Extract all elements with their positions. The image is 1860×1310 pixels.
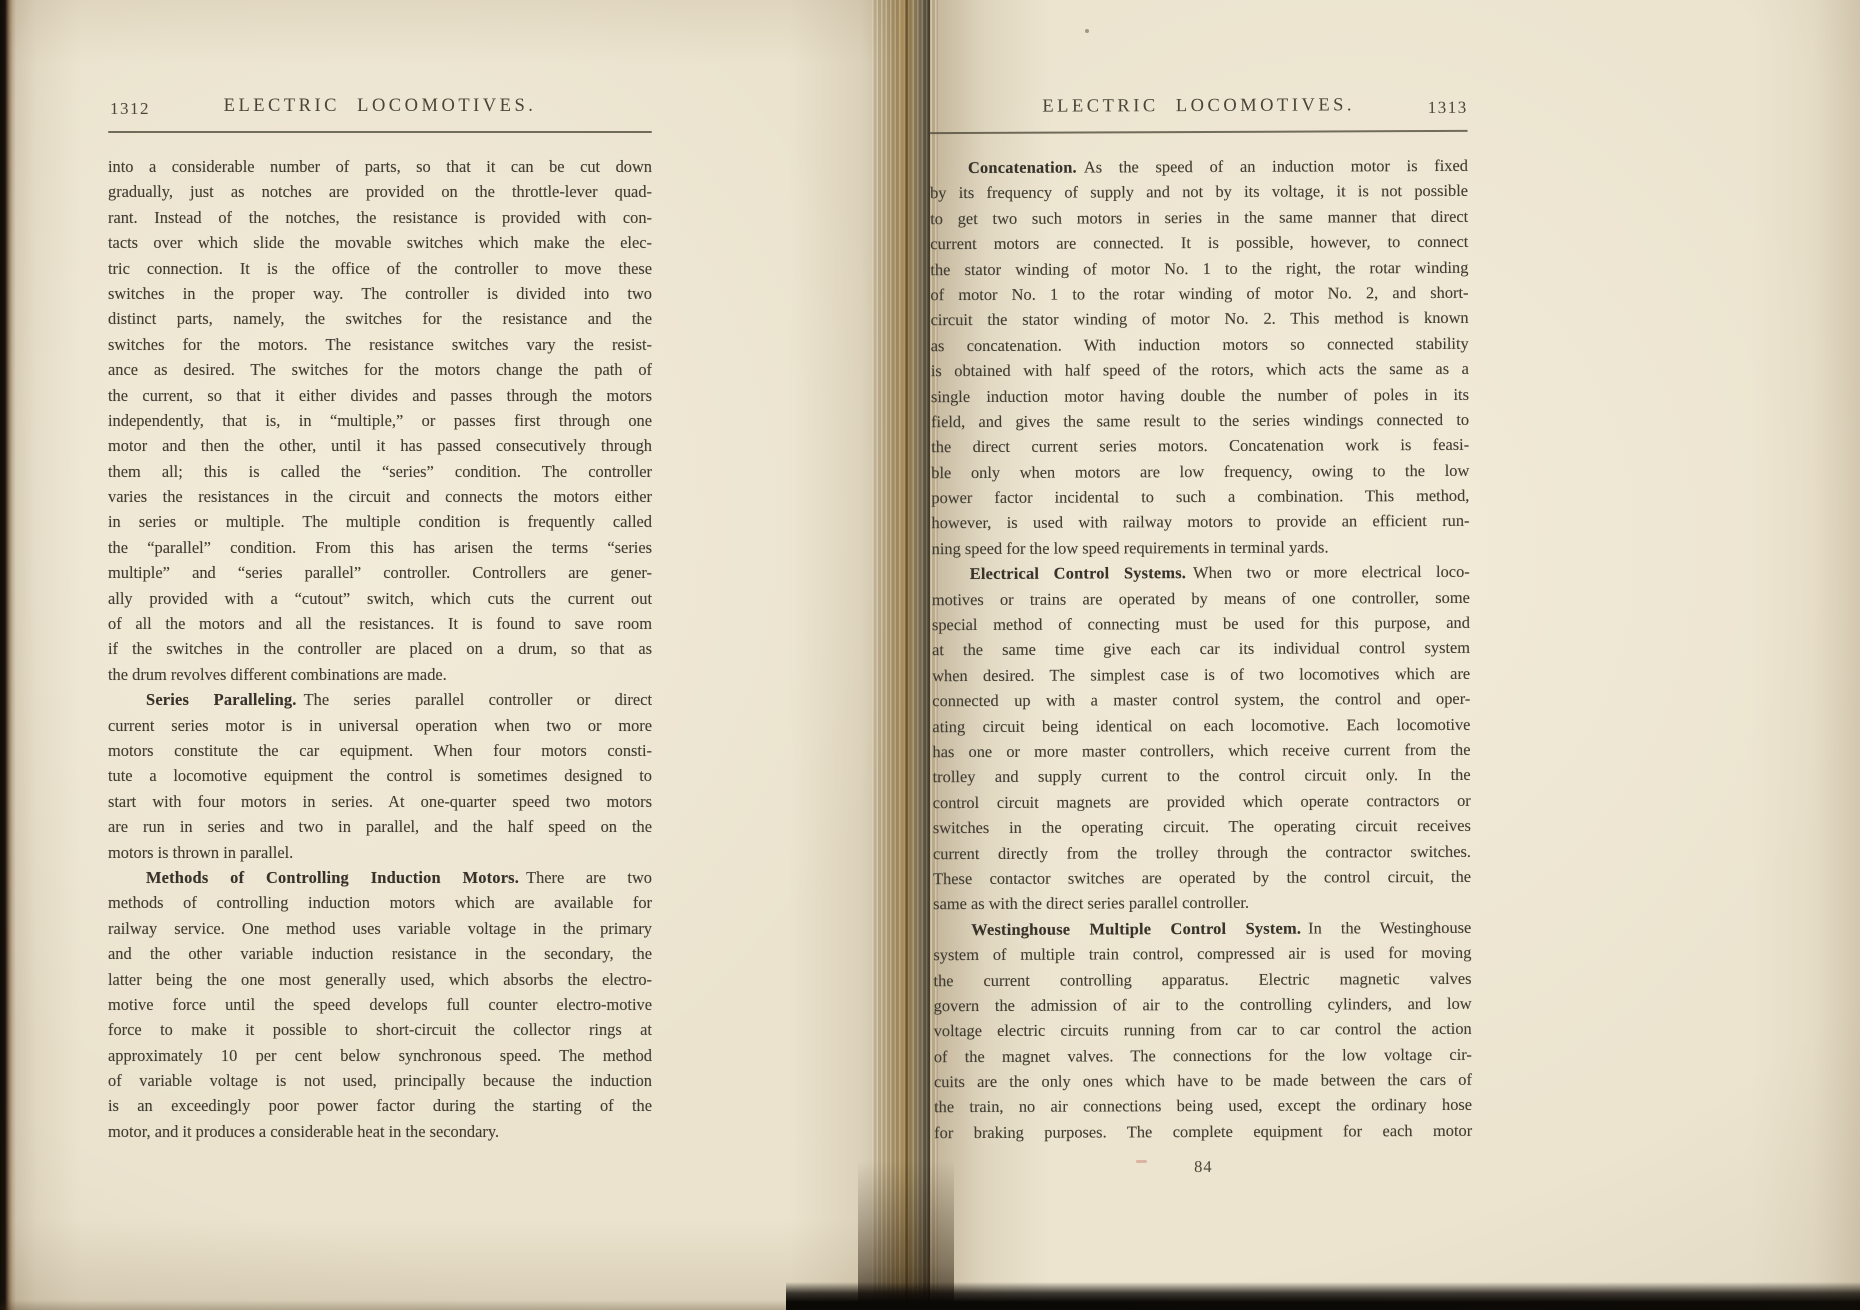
page-number: 1312	[110, 99, 150, 119]
text-line: the stator winding of motor No. 1 to the…	[930, 254, 1468, 282]
book-gutter	[872, 0, 938, 1310]
text-line: has one or more master controllers, whic…	[932, 737, 1470, 765]
text-block: Concatenation.As the speed of an inducti…	[930, 153, 1472, 1146]
text-line: the direct current series motors. Concat…	[931, 432, 1469, 460]
text-line: of the magnet valves. The connections fo…	[934, 1041, 1472, 1069]
running-title: ELECTRIC LOCOMOTIVES.	[108, 96, 652, 117]
text-line: Concatenation.As the speed of an inducti…	[930, 153, 1468, 181]
text-line: special method of connecting must be use…	[932, 610, 1470, 638]
text-block: into a considerable number of parts, so …	[108, 154, 652, 1144]
text-line: Methods of Controlling Induction Motors.…	[108, 865, 652, 890]
running-title: ELECTRIC LOCOMOTIVES.	[930, 95, 1468, 118]
text-line: start with four motors in series. At one…	[108, 789, 652, 814]
page-number: 1313	[1428, 98, 1468, 118]
text-line: single induction motor having double the…	[931, 381, 1469, 409]
text-line: latter being the one most generally used…	[108, 967, 652, 992]
text-line: current directly from the trolley throug…	[933, 838, 1471, 866]
text-line: force to make it possible to short-circu…	[108, 1017, 652, 1042]
signature-mark: 84	[934, 1156, 1472, 1178]
section-heading: Westinghouse Multiple Control System.	[971, 918, 1308, 938]
text-line: Westinghouse Multiple Control System.In …	[933, 915, 1471, 943]
right-page: ELECTRIC LOCOMOTIVES. 1313 Concatenation…	[930, 95, 1473, 1179]
text-line: is an exceedingly poor power factor duri…	[108, 1093, 652, 1118]
text-line: for braking purposes. The complete equip…	[934, 1118, 1472, 1146]
text-line: motor and then the other, until it has p…	[108, 433, 652, 458]
text-line: of variable voltage is not used, princip…	[108, 1068, 652, 1093]
page-header: ELECTRIC LOCOMOTIVES. 1313	[930, 95, 1468, 123]
text-line: circuit the stator winding of motor No. …	[931, 305, 1469, 333]
page-header: 1312 ELECTRIC LOCOMOTIVES.	[108, 96, 652, 122]
text-line: to get two such motors in series in the …	[930, 204, 1468, 232]
text-line: tacts over which slide the movable switc…	[108, 230, 652, 255]
text-line: voltage electric circuits running from c…	[934, 1016, 1472, 1044]
text-line: same as with the direct series parallel …	[933, 889, 1471, 917]
section-heading: Methods of Controlling Induction Motors.	[146, 868, 526, 887]
text-line: of all the motors and all the resistance…	[108, 611, 652, 636]
text-line: power factor incidental to such a combin…	[931, 483, 1469, 511]
text-line: ning speed for the low speed requirement…	[932, 534, 1470, 562]
text-line: when desired. The simplest case is of tw…	[932, 661, 1470, 689]
text-line: into a considerable number of parts, so …	[108, 154, 652, 179]
text-line: railway service. One method uses variabl…	[108, 916, 652, 941]
text-line: control circuit magnets are provided whi…	[933, 788, 1471, 816]
text-line: the current controlling apparatus. Elect…	[933, 965, 1471, 993]
text-line: trolley and supply current to the contro…	[933, 762, 1471, 790]
text-line: them all; this is called the “series” co…	[108, 459, 652, 484]
text-line: methods of controlling induction motors …	[108, 890, 652, 915]
left-page: 1312 ELECTRIC LOCOMOTIVES. into a consid…	[108, 96, 652, 1144]
text-line: approximately 10 per cent below synchron…	[108, 1043, 652, 1068]
text-line: tric connection. It is the office of the…	[108, 256, 652, 281]
text-line: and the other variable induction resista…	[108, 941, 652, 966]
text-line: varies the resistances in the circuit an…	[108, 484, 652, 509]
text-line: rant. Instead of the notches, the resist…	[108, 205, 652, 230]
text-line: if the switches in the controller are pl…	[108, 636, 652, 661]
text-line: the “parallel” condition. From this has …	[108, 535, 652, 560]
text-line: connected up with a master control syste…	[932, 686, 1470, 714]
text-line: the current, so that it either divides a…	[108, 383, 652, 408]
text-line: cuits are the only ones which have to be…	[934, 1067, 1472, 1095]
text-line: current motors are connected. It is poss…	[930, 229, 1468, 257]
scan-speck	[1085, 29, 1089, 33]
text-line: current series motor is in universal ope…	[108, 713, 652, 738]
text-line: Series Paralleling.The series parallel c…	[108, 687, 652, 712]
text-line: multiple” and “series parallel” controll…	[108, 560, 652, 585]
section-heading: Electrical Control Systems.	[970, 563, 1193, 583]
scan-left-edge	[0, 0, 16, 1310]
text-line: the drum revolves different combinations…	[108, 662, 652, 687]
text-line: in series or multiple. The multiple cond…	[108, 509, 652, 534]
text-line: motive force until the speed develops fu…	[108, 992, 652, 1017]
text-line: switches in the proper way. The controll…	[108, 281, 652, 306]
text-line: system of multiple train control, compre…	[933, 940, 1471, 968]
text-line: of motor No. 1 to the rotar winding of m…	[930, 280, 1468, 308]
header-rule	[930, 130, 1468, 134]
text-line: Electrical Control Systems.When two or m…	[932, 559, 1470, 587]
text-line: motives or trains are operated by means …	[932, 584, 1470, 612]
text-line: motors is thrown in parallel.	[108, 840, 652, 865]
text-line: however, is used with railway motors to …	[931, 508, 1469, 536]
book-spread-scan: 1312 ELECTRIC LOCOMOTIVES. into a consid…	[0, 0, 1860, 1310]
text-line: ble only when motors are low frequency, …	[931, 458, 1469, 486]
scan-bottom-left-shade	[0, 1300, 786, 1310]
text-line: is obtained with half speed of the rotor…	[931, 356, 1469, 384]
text-line: independently, that is, in “multiple,” o…	[108, 408, 652, 433]
section-heading: Series Paralleling.	[146, 690, 304, 709]
text-line: gradually, just as notches are provided …	[108, 179, 652, 204]
text-line: the train, no air connections being used…	[934, 1092, 1472, 1120]
text-line: switches in the operating circuit. The o…	[933, 813, 1471, 841]
text-line: by its frequency of supply and not by it…	[930, 178, 1468, 206]
text-line: govern the admission of air to the contr…	[934, 991, 1472, 1019]
text-line: motors constitute the car equipment. Whe…	[108, 738, 652, 763]
text-line: at the same time give each car its indiv…	[932, 635, 1470, 663]
header-rule	[108, 131, 652, 133]
scan-bottom-edge	[786, 1282, 1860, 1310]
text-line: tute a locomotive equipment the control …	[108, 763, 652, 788]
text-line: field, and gives the same result to the …	[931, 407, 1469, 435]
text-line: distinct parts, namely, the switches for…	[108, 306, 652, 331]
text-line: as concatenation. With induction motors …	[931, 331, 1469, 359]
section-heading: Concatenation.	[968, 158, 1084, 178]
text-line: ally provided with a “cutout” switch, wh…	[108, 586, 652, 611]
scan-speck	[1136, 1160, 1147, 1163]
text-line: are run in series and two in parallel, a…	[108, 814, 652, 839]
text-line: switches for the motors. The resistance …	[108, 332, 652, 357]
text-line: ance as desired. The switches for the mo…	[108, 357, 652, 382]
text-line: These contactor switches are operated by…	[933, 864, 1471, 892]
text-line: ating circuit being identical on each lo…	[932, 711, 1470, 739]
text-line: motor, and it produces a considerable he…	[108, 1119, 652, 1144]
